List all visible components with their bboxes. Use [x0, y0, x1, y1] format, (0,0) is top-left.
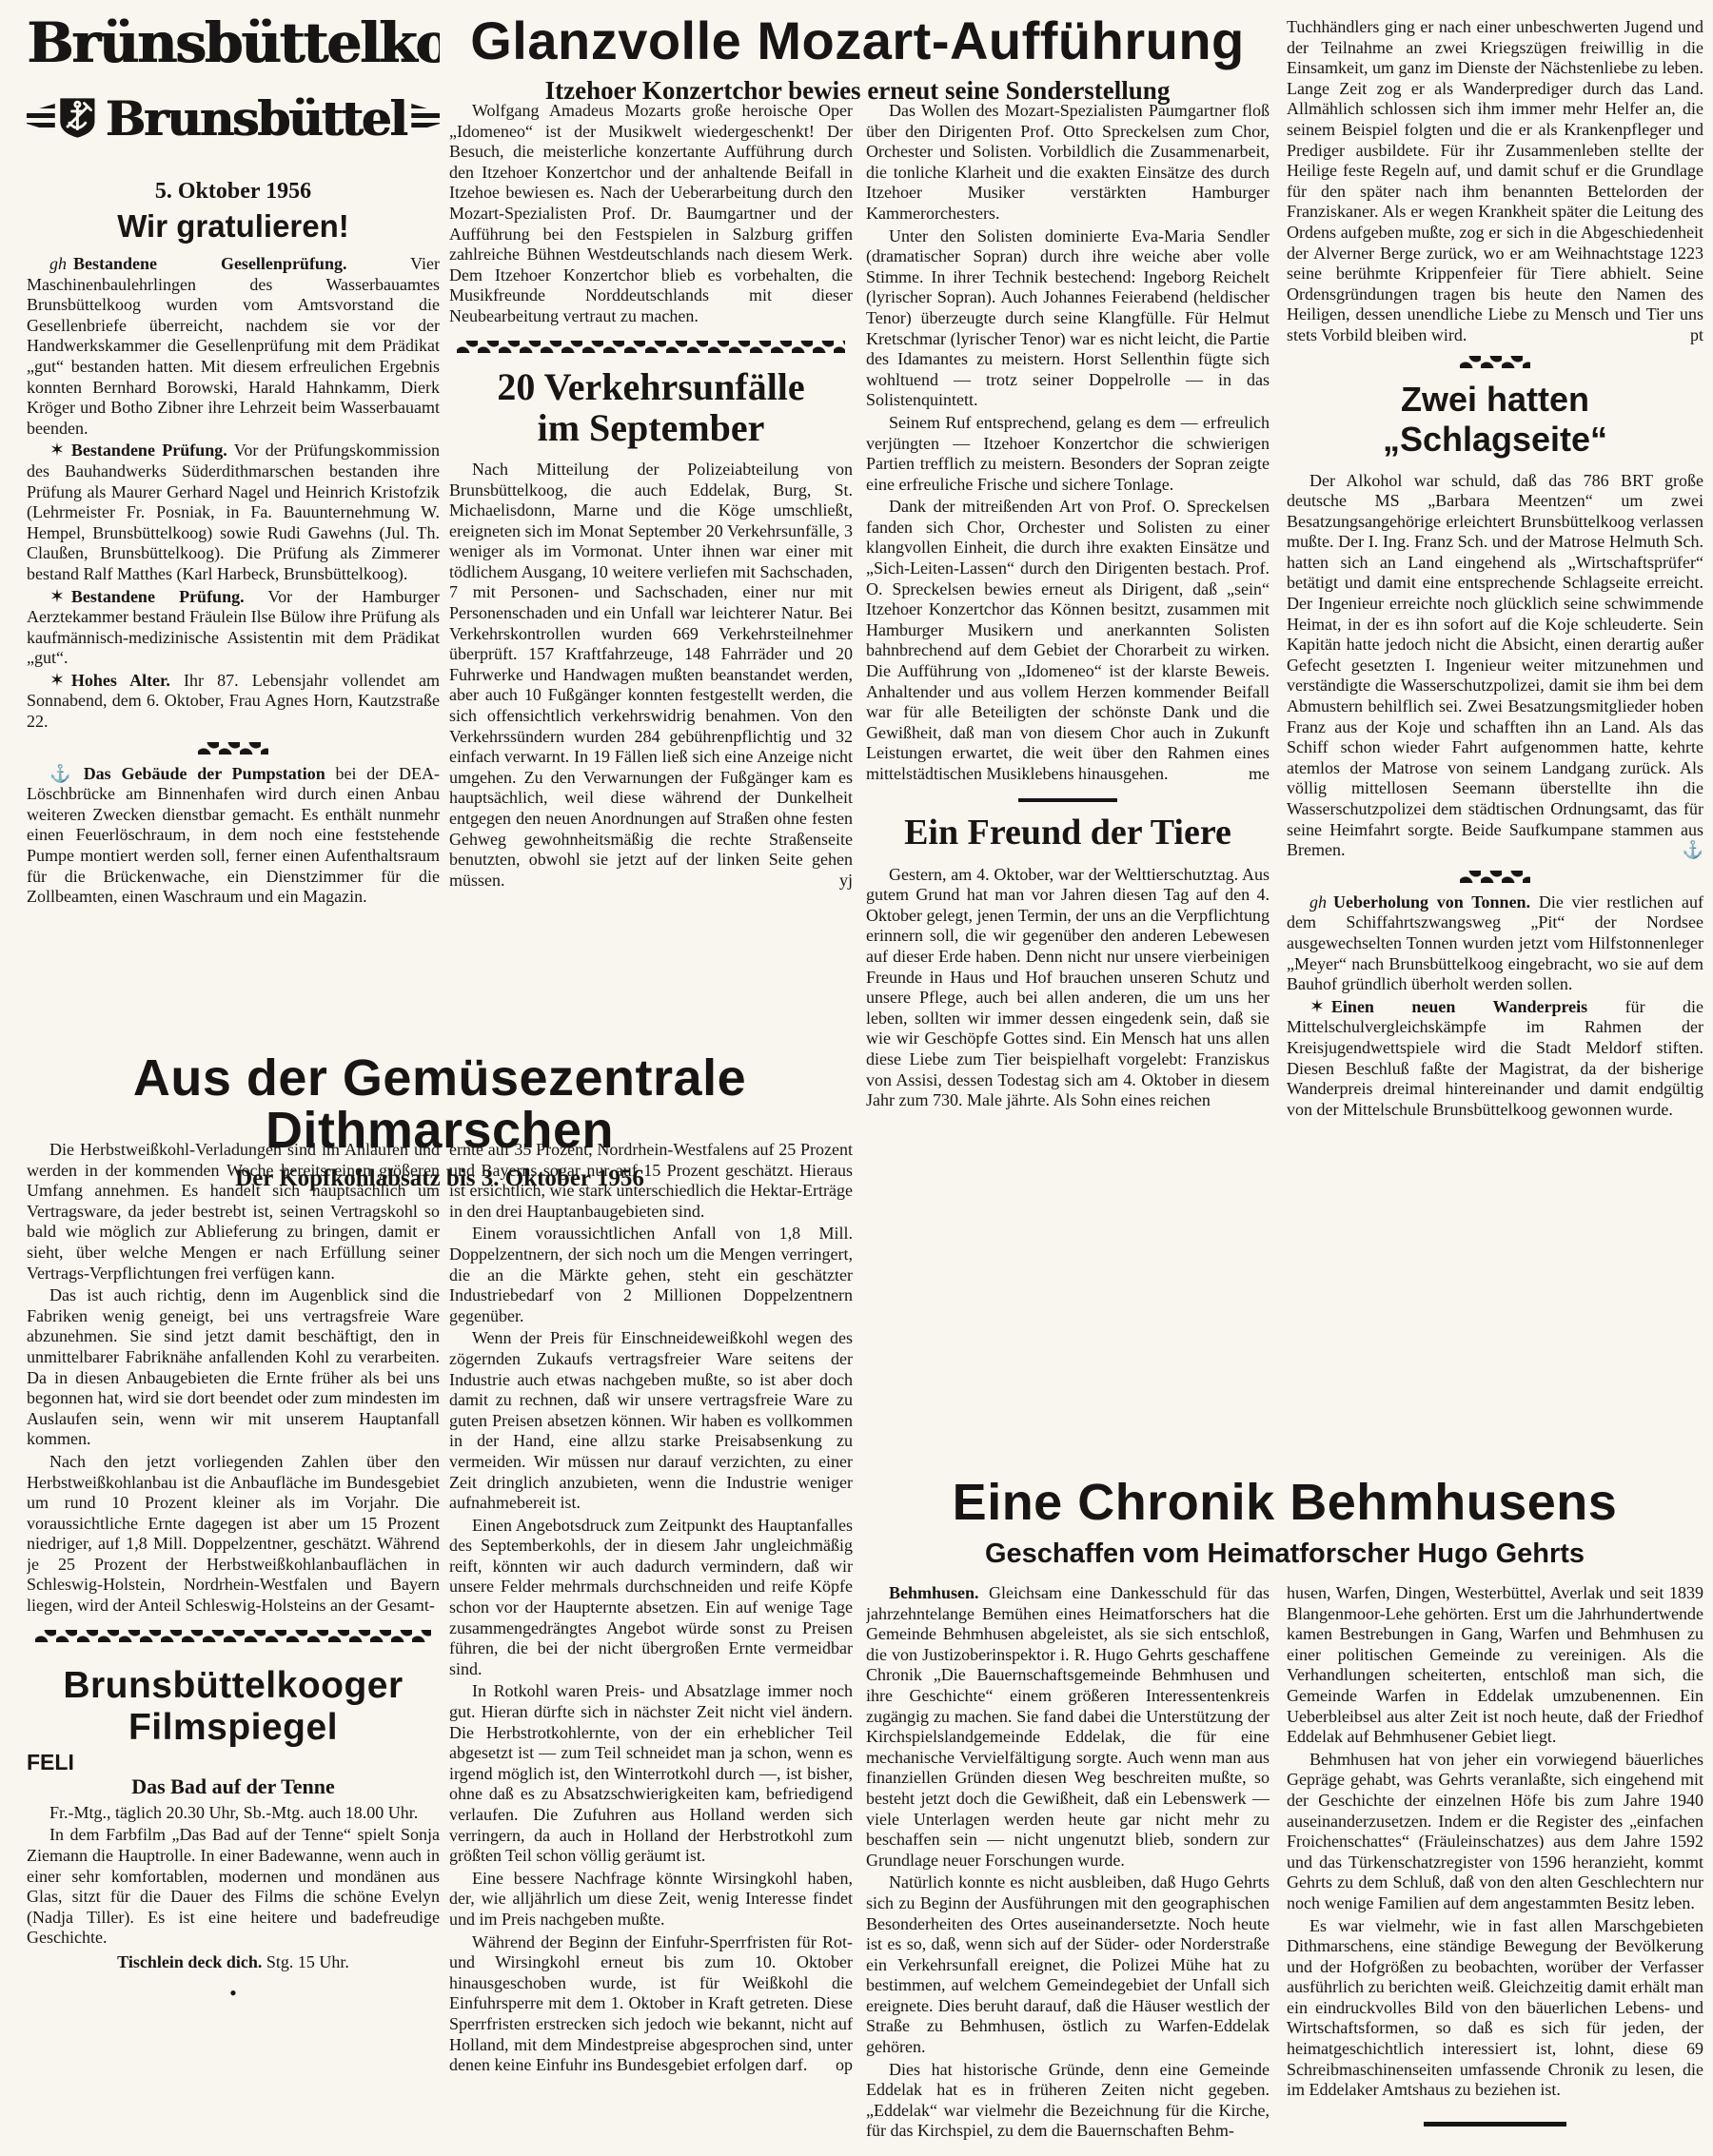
column-4: Tuchhändlers ging er nach einer unbeschw… [1287, 17, 1703, 1566]
schlagseite-text: Der Alkohol war schuld, daß das 786 BRT … [1287, 471, 1703, 860]
wave-ornament [457, 341, 844, 353]
schlagseite-title: Zwei hatten „Schlagseite“ [1287, 380, 1703, 460]
star-icon: ✶ [49, 441, 65, 461]
anchor-hammer-shield-icon [59, 72, 96, 164]
chronik-subhead: Geschaffen vom Heimatforscher Hugo Gehrt… [866, 1539, 1703, 1570]
article-end-rule [1424, 2122, 1566, 2127]
author-initials: yj [839, 871, 853, 892]
item-lead: Das Gebäude der Pumpstation [84, 764, 325, 783]
gemuese-paragraph: Während der Beginn der Einfuhr-Sperrfris… [449, 1932, 853, 2076]
verkehr-title-line2: im September [538, 406, 765, 449]
tiere-title: Ein Freund der Tiere [866, 812, 1270, 853]
item-lead: Bestandene Prüfung. [71, 587, 245, 606]
verkehr-title-line1: 20 Verkehrsunfälle [497, 365, 804, 408]
star-icon: ✶ [49, 671, 65, 691]
film-title: Das Bad auf der Tenne [27, 1776, 440, 1797]
item-lead: Einen neuen Wanderpreis [1331, 997, 1587, 1016]
mozart-paragraph: Unter den Solisten dominierte Eva-Maria … [866, 226, 1270, 411]
place-lead: Behmhusen. [889, 1583, 979, 1602]
gemuese-paragraph: Wenn der Preis für Einschneideweißkohl w… [449, 1328, 853, 1513]
newspaper-page: Brünsbüttelkoog Brunsbüttel 5. Oktober 1… [0, 0, 1713, 2156]
chronik-paragraph: Dies hat historische Gründe, denn eine G… [866, 2060, 1270, 2142]
gemuese-paragraph: Eine bessere Nachfrage könnte Wirsingkoh… [449, 1869, 853, 1931]
tiere-continuation: Tuchhändlers ging er nach einer unbeschw… [1287, 17, 1703, 346]
wave-ornament [1460, 871, 1530, 883]
feature-lead: Tischlein deck dich. [117, 1952, 262, 1971]
end-dot-ornament: • [27, 1983, 440, 2004]
mozart-headline: Glanzvolle Mozart-Aufführung [447, 13, 1268, 68]
news-item: ✶Bestandene Prüfung. Vor der Prüfungskom… [27, 441, 440, 584]
chronik-paragraph: Behmhusen hat von jeher ein vorwiegend b… [1287, 1750, 1703, 1914]
chronik-column-b: husen, Warfen, Dingen, Westerbüttel, Ave… [1287, 1583, 1703, 2152]
mozart-article-header: Glanzvolle Mozart-Aufführung Itzehoer Ko… [447, 13, 1268, 106]
tiere-paragraph: Gestern, am 4. Oktober, war der Welttier… [866, 865, 1270, 1111]
flourish-left-icon [27, 104, 55, 132]
item-text: Vor der Prüfungskommission des Bauhandwe… [27, 441, 440, 583]
news-item: ghBestandene Gesellenprüfung. Vier Masch… [27, 254, 440, 439]
gemuese-paragraph: In Rotkohl waren Preis- und Absatzlage i… [449, 1681, 853, 1866]
author-initials: op [836, 2055, 853, 2076]
item-text: Vier Maschinenbaulehrlingen des Wasserba… [27, 254, 440, 438]
tiere-text: Tuchhändlers ging er nach einer unbeschw… [1287, 17, 1703, 344]
item-lead: Ueberholung von Tonnen. [1333, 892, 1530, 911]
verkehr-text: Nach Mitteilung der Polizeiabteilung von… [449, 460, 853, 890]
gemuese-paragraph: Die Herbstweißkohl-Verladungen sind im A… [27, 1140, 440, 1284]
wave-ornament [35, 1630, 432, 1642]
masthead-subtitle: Brunsbüttel [105, 90, 405, 147]
gemuese-column-2: ernte auf 35 Prozent, Nordrhein-Westfale… [449, 1140, 853, 2150]
chronik-paragraph: Behmhusen. Gleichsam eine Dankesschuld f… [866, 1583, 1270, 1871]
divider-bar [1018, 798, 1117, 802]
section-title-gratulieren: Wir gratulieren! [27, 208, 440, 245]
gemuese-paragraph: Das ist auch richtig, denn im Augenblick… [27, 1285, 440, 1450]
wave-ornament [198, 742, 268, 755]
anchor-icon: ⚓ [49, 764, 77, 783]
chronik-article-header: Eine Chronik Behmhusens Geschaffen vom H… [866, 1477, 1703, 1570]
flourish-right-icon [411, 104, 440, 132]
anchor-icon: ⚓ [1683, 840, 1703, 861]
star-icon: ✶ [49, 587, 65, 607]
chronik-paragraph: husen, Warfen, Dingen, Westerbüttel, Ave… [1287, 1583, 1703, 1748]
wave-ornament [1460, 356, 1530, 368]
mozart-paragraph: Das Wollen des Mozart-Spezialisten Paumg… [866, 101, 1270, 225]
chronik-paragraph: Es war vielmehr, wie in fast allen Marsc… [1287, 1916, 1703, 2101]
gemuese-paragraph: Einen Angebotsdruck zum Zeitpunkt des Ha… [449, 1516, 853, 1680]
mozart-paragraph: Wolfgang Amadeus Mozarts große heroische… [449, 101, 853, 327]
local-news-column: Brünsbüttelkoog Brunsbüttel 5. Oktober 1… [27, 15, 440, 1045]
second-feature: Tischlein deck dich. Stg. 15 Uhr. [27, 1952, 440, 1973]
showtimes: Fr.-Mtg., täglich 20.30 Uhr, Sb.-Mtg. au… [27, 1803, 440, 1824]
gh-initials: gh [49, 254, 67, 273]
star-icon: ✶ [1309, 997, 1325, 1017]
verkehr-title: 20 Verkehrsunfälleim September [449, 366, 853, 448]
gemuese-paragraph: ernte auf 35 Prozent, Nordrhein-Westfale… [449, 1140, 853, 1222]
news-item: ✶Hohes Alter. Ihr 87. Lebensjahr vollend… [27, 671, 440, 733]
cinema-name: FELI [27, 1753, 440, 1774]
gemuese-paragraph: Nach den jetzt vorliegenden Zahlen über … [27, 1452, 440, 1617]
mozart-paragraph: Dank der mitreißenden Art von Prof. O. S… [866, 497, 1270, 784]
chronik-headline: Eine Chronik Behmhusens [866, 1477, 1703, 1529]
issue-date: 5. Oktober 1956 [27, 179, 440, 205]
gemuese-text: Während der Beginn der Einfuhr-Sperrfris… [449, 1932, 853, 2075]
film-review: In dem Farbfilm „Das Bad auf der Tenne“ … [27, 1825, 440, 1949]
author-initials: pt [1690, 325, 1703, 346]
feature-time: Stg. 15 Uhr. [266, 1952, 349, 1971]
gh-initials: gh [1309, 892, 1327, 911]
column-2: Wolfgang Amadeus Mozarts große heroische… [449, 101, 853, 1045]
news-item: ⚓Das Gebäude der Pumpstation bei der DEA… [27, 764, 440, 908]
item-lead: Bestandene Prüfung. [71, 441, 227, 460]
chronik-text: Gleichsam eine Dankesschuld für das jahr… [866, 1583, 1270, 1870]
item-lead: Bestandene Gesellenprüfung. [73, 254, 346, 273]
chronik-paragraph: Natürlich konnte es nicht ausbleiben, da… [866, 1872, 1270, 2057]
schlagseite-paragraph: Der Alkohol war schuld, daß das 786 BRT … [1287, 471, 1703, 861]
news-item: ✶Bestandene Prüfung. Vor der Hamburger A… [27, 587, 440, 669]
gemuese-paragraph: Einem voraussichtlichen Anfall von 1,8 M… [449, 1224, 853, 1326]
masthead-title: Brünsbüttelkoog [27, 15, 440, 70]
mozart-paragraph: Seinem Ruf entsprechend, gelang es dem —… [866, 413, 1270, 495]
column-3: Das Wollen des Mozart-Spezialisten Paumg… [866, 101, 1270, 1471]
item-text: bei der DEA-Löschbrücke am Binnenhafen w… [27, 764, 440, 907]
masthead-row: Brunsbüttel [27, 72, 440, 164]
news-item: ghUeberholung von Tonnen. Die vier restl… [1287, 892, 1703, 995]
verkehr-paragraph: Nach Mitteilung der Polizeiabteilung von… [449, 460, 853, 891]
item-lead: Hohes Alter. [71, 671, 170, 690]
gemuese-column-1: Die Herbstweißkohl-Verladungen sind im A… [27, 1140, 440, 2150]
news-item: ✶Einen neuen Wanderpreis für die Mittels… [1287, 997, 1703, 1121]
filmspiegel-title: Brunsbüttelkooger Filmspiegel [27, 1665, 440, 1749]
mozart-text: Dank der mitreißenden Art von Prof. O. S… [866, 497, 1270, 783]
chronik-column-a: Behmhusen. Gleichsam eine Dankesschuld f… [866, 1583, 1270, 2152]
author-initials: me [1249, 764, 1270, 785]
